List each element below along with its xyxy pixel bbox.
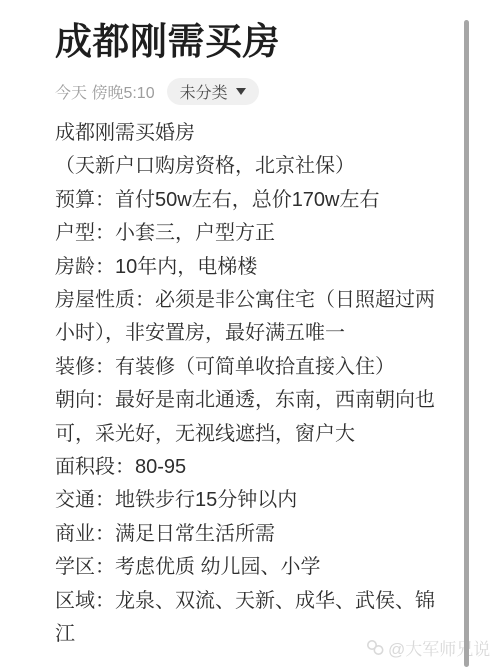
chevron-down-icon bbox=[236, 88, 246, 95]
note-screen: 成都刚需买房 今天 傍晚5:10 未分类 成都刚需买婚房 （天新户口购房资格，北… bbox=[0, 0, 500, 667]
note-paragraph: 交通：地铁步行15分钟以内 bbox=[55, 484, 447, 517]
watermark-logo-icon bbox=[366, 639, 385, 656]
category-pill[interactable]: 未分类 bbox=[167, 78, 259, 105]
watermark: @大军师兄说 bbox=[366, 635, 490, 660]
note-title[interactable]: 成都刚需买房 bbox=[55, 22, 500, 62]
note-paragraph: 房龄：10年内，电梯楼 bbox=[55, 251, 447, 284]
note-paragraph: 预算：首付50w左右，总价170w左右 bbox=[55, 184, 447, 217]
note-paragraph: （天新户口购房资格，北京社保） bbox=[55, 150, 447, 183]
category-label: 未分类 bbox=[180, 80, 228, 103]
note-paragraph: 房屋性质：必须是非公寓住宅（日照超过两小时），非安置房，最好满五唯一 bbox=[55, 284, 447, 351]
note-paragraph: 学区：考虑优质 幼儿园、小学 bbox=[55, 551, 447, 584]
note-paragraph: 成都刚需买婚房 bbox=[55, 117, 447, 150]
note-header: 成都刚需买房 今天 傍晚5:10 未分类 bbox=[0, 0, 500, 105]
watermark-text: @大军师兄说 bbox=[388, 635, 490, 660]
note-body-editor[interactable]: 成都刚需买婚房 （天新户口购房资格，北京社保） 预算：首付50w左右，总价170… bbox=[55, 117, 447, 652]
scrollbar-thumb[interactable] bbox=[464, 20, 469, 667]
note-paragraph: 装修：有装修（可简单收拾直接入住） bbox=[55, 351, 447, 384]
note-paragraph: 户型：小套三，户型方正 bbox=[55, 217, 447, 250]
note-timestamp: 今天 傍晚5:10 bbox=[55, 80, 155, 103]
note-paragraph: 面积段：80-95 bbox=[55, 451, 447, 484]
note-paragraph: 朝向：最好是南北通透，东南，西南朝向也可，采光好，无视线遮挡，窗户大 bbox=[55, 384, 447, 451]
note-paragraph: 商业：满足日常生活所需 bbox=[55, 518, 447, 551]
note-meta-row: 今天 傍晚5:10 未分类 bbox=[55, 78, 500, 105]
